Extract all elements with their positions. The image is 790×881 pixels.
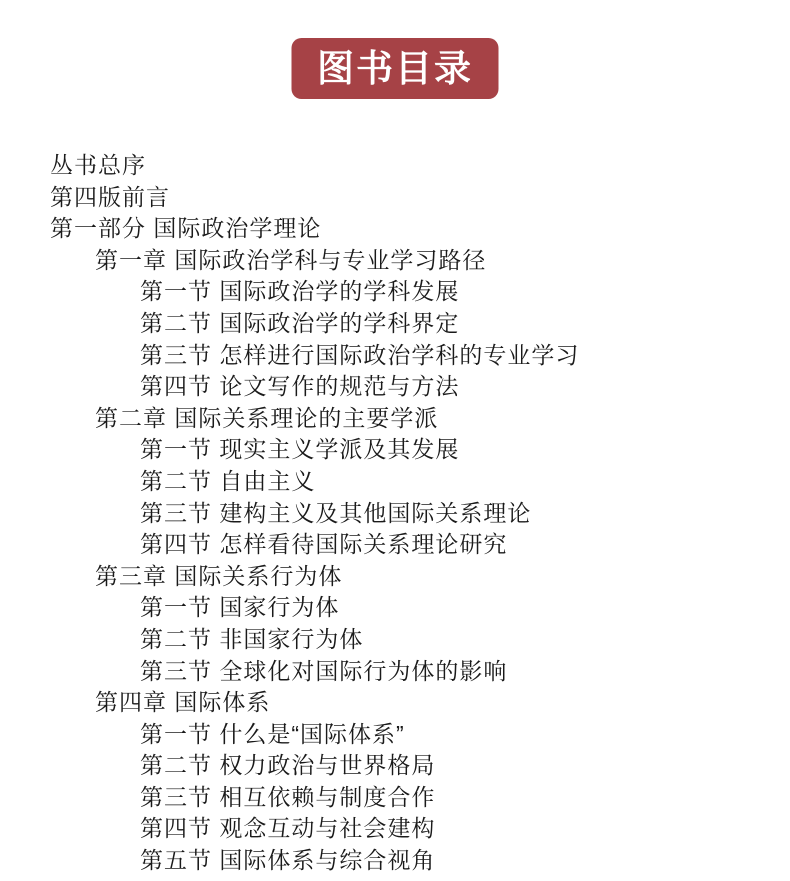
toc-item: 第一部分 国际政治学理论: [0, 213, 790, 245]
toc-item: 第一章 国际政治学科与专业学习路径: [0, 245, 790, 277]
toc-header-badge: 图书目录: [292, 38, 499, 99]
toc-item: 第四节 怎样看待国际关系理论研究: [0, 529, 790, 561]
toc-item: 第一节 现实主义学派及其发展: [0, 434, 790, 466]
toc-item: 第一节 国家行为体: [0, 592, 790, 624]
toc-item: 第一节 国际政治学的学科发展: [0, 276, 790, 308]
toc-item: 丛书总序: [0, 150, 790, 182]
toc-item: 第四章 国际体系: [0, 687, 790, 719]
toc-item: 第四节 观念互动与社会建构: [0, 813, 790, 845]
toc-item: 第四版前言: [0, 182, 790, 214]
toc-item: 第二节 国际政治学的学科界定: [0, 308, 790, 340]
toc-item: 第三节 相互依赖与制度合作: [0, 782, 790, 814]
toc-item: 第三章 国际关系行为体: [0, 561, 790, 593]
toc-item: 第三节 全球化对国际行为体的影响: [0, 656, 790, 688]
toc-item: 第二节 自由主义: [0, 466, 790, 498]
toc-list: 丛书总序第四版前言第一部分 国际政治学理论第一章 国际政治学科与专业学习路径第一…: [0, 150, 790, 877]
toc-item: 第四节 论文写作的规范与方法: [0, 371, 790, 403]
toc-item: 第五节 国际体系与综合视角: [0, 845, 790, 877]
toc-item: 第三节 建构主义及其他国际关系理论: [0, 498, 790, 530]
book-toc-page: 图书目录 丛书总序第四版前言第一部分 国际政治学理论第一章 国际政治学科与专业学…: [0, 0, 790, 881]
page-title: 图书目录: [317, 50, 473, 87]
toc-item: 第二节 非国家行为体: [0, 624, 790, 656]
toc-item: 第一节 什么是“国际体系”: [0, 719, 790, 751]
toc-item: 第二节 权力政治与世界格局: [0, 750, 790, 782]
toc-item: 第二章 国际关系理论的主要学派: [0, 403, 790, 435]
toc-item: 第三节 怎样进行国际政治学科的专业学习: [0, 340, 790, 372]
